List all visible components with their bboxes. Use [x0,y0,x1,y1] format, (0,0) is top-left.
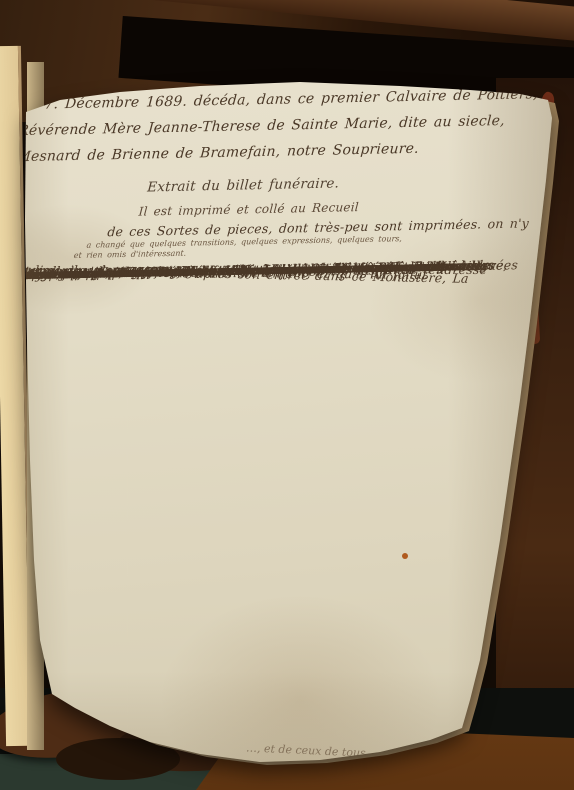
photo-scene: Extrait du Régitre des décès, et de L'Ep… [0,0,574,790]
wax-spot [402,553,408,559]
page-title-line-1: Extrait du Régitre des décès, [161,33,532,63]
parchment-sheet: Extrait du Régitre des décès, et de L'Ep… [0,0,574,790]
torn-edge-text-fragment: …, et de ceux de tous [246,741,366,759]
manuscript-page: Extrait du Régitre des décès, et de L'Ep… [0,0,574,790]
handwritten-text: Extrait du Régitre des décès, et de L'Ep… [9,33,532,265]
